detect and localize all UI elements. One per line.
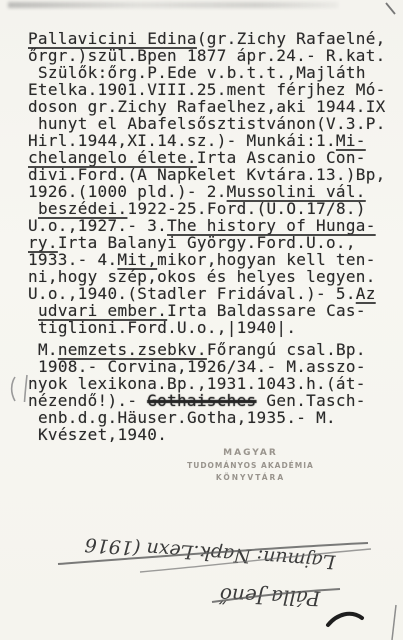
card-line: Hirl.1944,XI.14.sz.)- Munkái:1.Mi- <box>28 132 397 149</box>
card-line: M.nemzets.zsebkv.Főrangú csal.Bp. <box>28 341 397 358</box>
card-line: ry.Irta Balanyi György.Ford.U.o., <box>28 234 397 251</box>
card-line: U.o.,1927.- 3.The history of Hunga- <box>28 217 397 234</box>
card-line: enb.d.g.Häuser.Gotha,1935.- M. <box>28 409 397 426</box>
stamp-line-3: KÖNYVTÁRA <box>168 473 333 482</box>
card-line: 1908.- Corvina,1926/34.- M.asszo- <box>28 358 397 375</box>
card-line: udvari ember.Irta Baldassare Cas- <box>28 302 397 319</box>
scan-edge-line-right <box>392 605 396 640</box>
card-line: beszédei.1922-25.Ford.(U.O.17/8.) <box>28 200 397 217</box>
margin-mark-paren <box>12 377 15 401</box>
stamp-line-1: MAGYAR <box>168 448 333 458</box>
card-line: őrgr.)szül.Bpen 1877 ápr.24.- R.kat. <box>28 47 397 64</box>
typed-paragraph-main: Pallavicini Edina(gr.Zichy Rafaelné,őrgr… <box>28 30 397 336</box>
card-line: hunyt el Abafelsősztistvánon(V.3.P. <box>28 115 397 132</box>
scan-tick-top-right <box>386 3 395 14</box>
card-line: Etelka.1901.VIII.25.ment férjhez Mó- <box>28 81 397 98</box>
card-line: U.o.,1940.(Stadler Fridával.)- 5.Az <box>28 285 397 302</box>
card-line: Szülők:őrg.P.Ede v.b.t.t.,Majláth <box>28 64 397 81</box>
catalog-card: Pallavicini Edina(gr.Zichy Rafaelné,őrgr… <box>0 0 403 640</box>
card-line: Pallavicini Edina(gr.Zichy Rafaelné, <box>28 30 397 47</box>
scan-smudge-top <box>8 2 338 8</box>
card-line: 1926.(1000 pld.)- 2.Mussolini vál. <box>28 183 397 200</box>
card-line: ni,hogy szép,okos és helyes legyen. <box>28 268 397 285</box>
handwritten-note-upside-down-2: Pálla Jenő <box>203 583 338 612</box>
library-stamp: MAGYAR TUDOMÁNYOS AKADÉMIA KÖNYVTÁRA <box>168 448 333 482</box>
card-line: nézendő!).- Gothaisches Gen.Tasch- <box>28 392 397 409</box>
card-line: divi.Ford.(A Napkelet Kvtára.13.)Bp, <box>28 166 397 183</box>
pen-flourish-bottom <box>328 614 362 625</box>
card-line: Kvészet,1940. <box>28 426 397 443</box>
card-line: doson gr.Zichy Rafaelhez,aki 1944.IX <box>28 98 397 115</box>
margin-mark-bar <box>25 375 28 402</box>
card-line: nyok lexikona.Bp.,1931.1043.h.(át- <box>28 375 397 392</box>
card-line: chelangelo élete.Irta Ascanio Con- <box>28 149 397 166</box>
card-line: tiglioni.Ford.U.o.,|1940|. <box>28 319 397 336</box>
handwritten-note-upside-down-1: Lajmun: Napk.Lexn (1916 <box>52 531 369 575</box>
card-line: 1933.- 4.Mit,mikor,hogyan kell ten- <box>28 251 397 268</box>
typed-paragraph-references: M.nemzets.zsebkv.Főrangú csal.Bp.1908.- … <box>28 341 397 443</box>
stamp-line-2: TUDOMÁNYOS AKADÉMIA <box>168 461 333 470</box>
